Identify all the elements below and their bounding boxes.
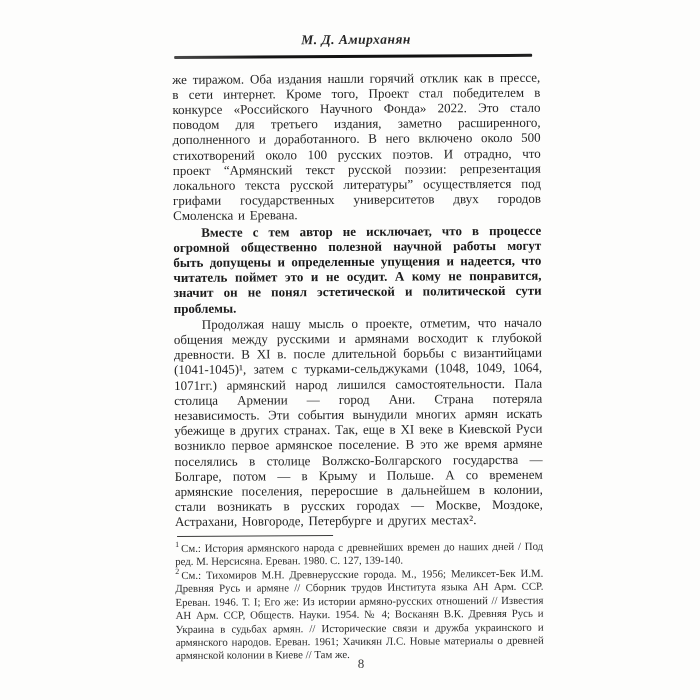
paragraph-history: Продолжая нашу мысль о проекте, отметим,… [174, 315, 543, 530]
footnote-text: См.: История армянского народа с древней… [175, 541, 543, 569]
body-text: же тиражом. Оба издания нашли горячий от… [172, 69, 543, 529]
footnote-text: См.: Тихомиров М.Н. Древнерусские города… [175, 568, 543, 663]
footnotes-block: 1См.: История армянского народа с древне… [175, 541, 544, 664]
paragraph-continuation: же тиражом. Оба издания нашли горячий от… [172, 69, 541, 223]
footnote-marker: 2 [175, 567, 179, 576]
footnote-item: 2См.: Тихомиров М.Н. Древнерусские город… [175, 568, 544, 664]
page-content: М. Д. Амирханян же тиражом. Оба издания … [172, 31, 544, 664]
running-head-author: М. Д. Амирханян [172, 31, 540, 49]
footnote-item: 1См.: История армянского народа с древне… [175, 541, 543, 570]
paragraph-bold-author-note: Вместе с тем автор не исключает, что в п… [173, 222, 542, 315]
header-rule [174, 54, 532, 59]
book-page-scan: М. Д. Амирханян же тиражом. Оба издания … [0, 0, 700, 700]
footnote-marker: 1 [175, 540, 179, 549]
page-number: 8 [172, 656, 550, 672]
footnote-separator-rule [177, 535, 333, 537]
